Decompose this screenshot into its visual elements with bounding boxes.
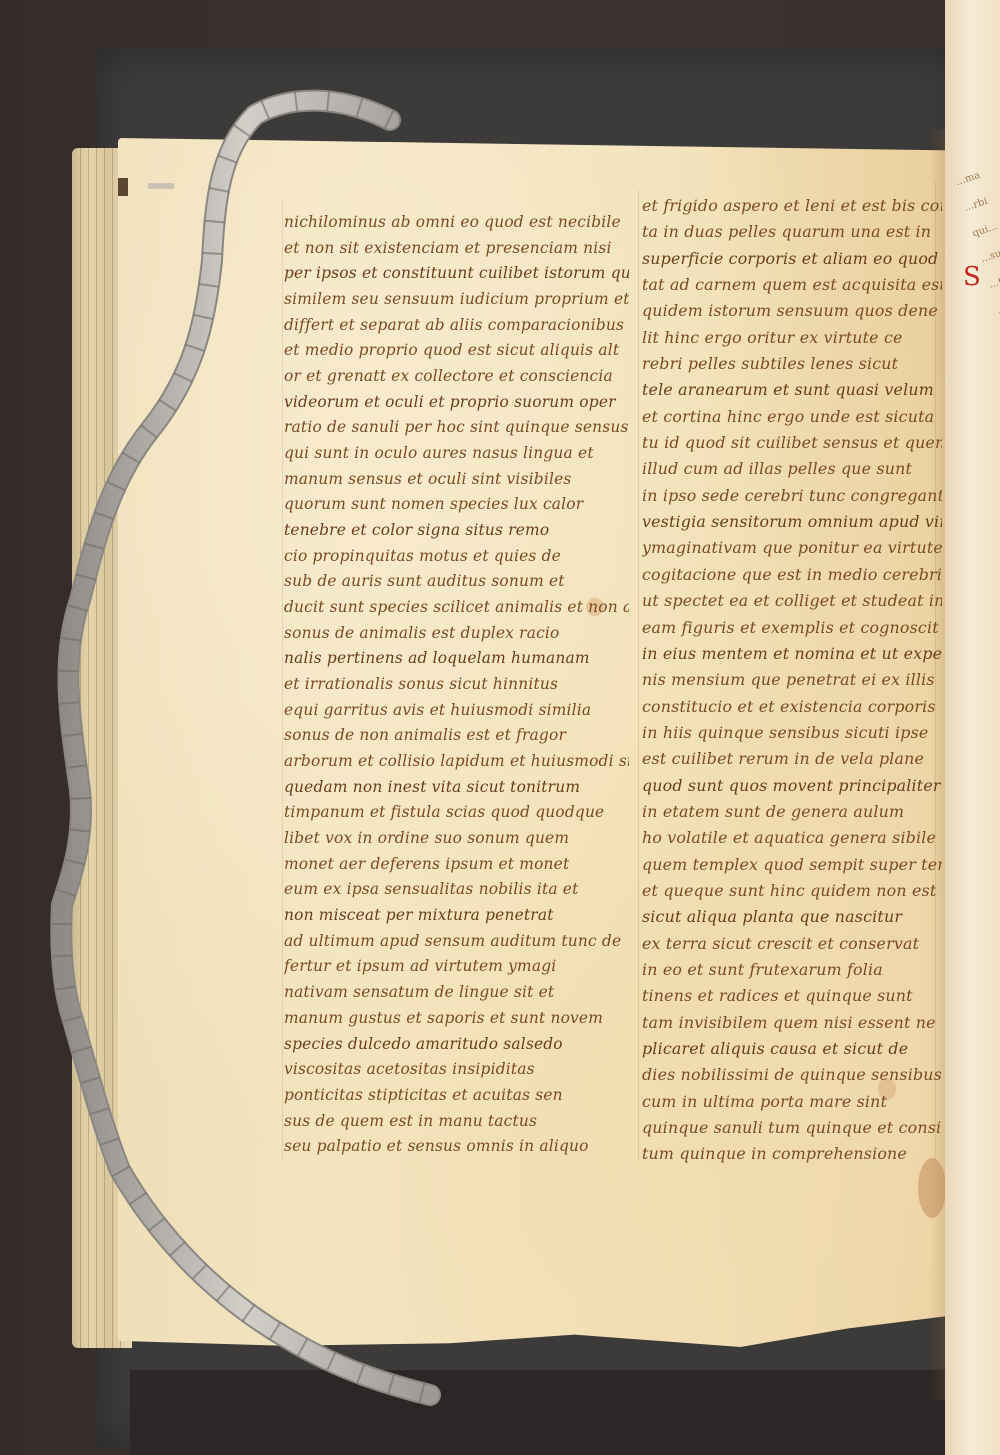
- snake-weight-cord: [0, 0, 1000, 1455]
